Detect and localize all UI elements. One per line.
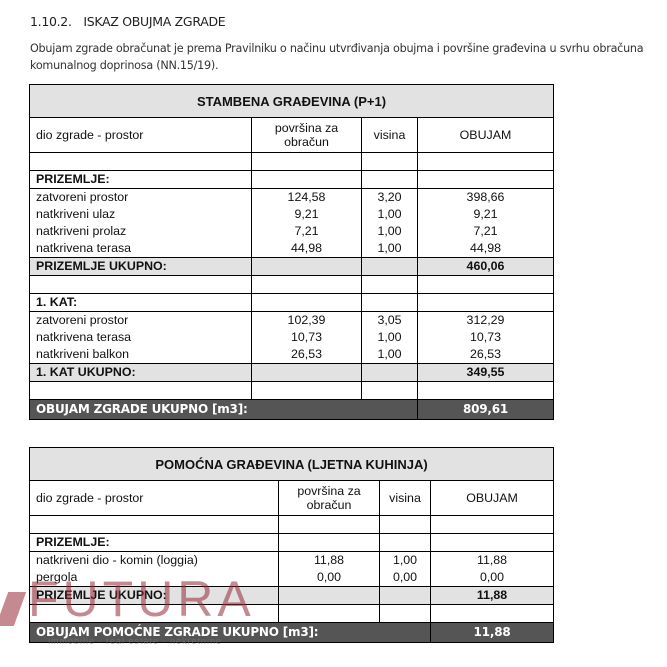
table-title-row: POMOĆNA GRAĐEVINA (LJETNA KUHINJA)	[30, 448, 554, 481]
column-header-part: dio zgrade - prostor	[30, 118, 252, 153]
table-title: STAMBENA GRAĐEVINA (P+1)	[30, 85, 554, 118]
column-header-height: visina	[362, 118, 418, 153]
grand-total-row: OBUJAM POMOĆNE ZGRADE UKUPNO [m3]: 11,88	[30, 623, 554, 643]
auxiliary-building-volume-table: POMOĆNA GRAĐEVINA (LJETNA KUHINJA) dio z…	[29, 447, 554, 643]
subtotal-row: PRIZEMLJE UKUPNO:460,06	[30, 258, 554, 276]
column-header-area: površina za obračun	[279, 481, 380, 516]
residential-building-volume-table: STAMBENA GRAĐEVINA (P+1) dio zgrade - pr…	[29, 84, 554, 420]
column-header-volume: OBUJAM	[431, 481, 554, 516]
table-row: natkriveni dio - komin (loggia)11,881,00…	[30, 552, 554, 570]
empty-row	[30, 153, 554, 171]
table-header-row: dio zgrade - prostor površina za obračun…	[30, 118, 554, 153]
group-label-row: PRIZEMLJE:	[30, 171, 554, 189]
empty-row	[30, 516, 554, 534]
table-row: zatvoreni prostor124,583,20398,66	[30, 189, 554, 207]
empty-row	[30, 276, 554, 294]
table-row: natkriveni balkon26,531,0026,53	[30, 346, 554, 364]
table-title: POMOĆNA GRAĐEVINA (LJETNA KUHINJA)	[30, 448, 554, 481]
empty-row	[30, 382, 554, 400]
table-header-row: dio zgrade - prostor površina za obračun…	[30, 481, 554, 516]
table-row: natkriveni ulaz9,211,009,21	[30, 206, 554, 223]
grand-total-label: OBUJAM ZGRADE UKUPNO [m3]:	[30, 400, 418, 420]
group-label-row: 1. KAT:	[30, 294, 554, 312]
subtotal-row: PRIZEMLJE UKUPNO:11,88	[30, 587, 554, 605]
logo-mark-icon	[0, 592, 26, 626]
subtotal-row: 1. KAT UKUPNO:349,55	[30, 364, 554, 382]
column-header-height: visina	[380, 481, 431, 516]
table-row: pergola0,000,000,00	[30, 569, 554, 587]
table-row: natkrivena terasa44,981,0044,98	[30, 240, 554, 258]
intro-paragraph: Obujam zgrade obračunat je prema Praviln…	[30, 40, 660, 74]
section-number: 1.10.2.	[30, 14, 72, 29]
section-heading: 1.10.2. ISKAZ OBUJMA ZGRADE	[30, 14, 225, 29]
group-label-row: PRIZEMLJE:	[30, 534, 554, 552]
table-row: zatvoreni prostor102,393,05312,29	[30, 312, 554, 330]
grand-total-value: 11,88	[431, 623, 554, 643]
section-title: ISKAZ OBUJMA ZGRADE	[83, 14, 225, 29]
column-header-part: dio zgrade - prostor	[30, 481, 279, 516]
grand-total-row: OBUJAM ZGRADE UKUPNO [m3]: 809,61	[30, 400, 554, 420]
table-title-row: STAMBENA GRAĐEVINA (P+1)	[30, 85, 554, 118]
table-row: natkrivena terasa10,731,0010,73	[30, 329, 554, 346]
column-header-area: površina za obračun	[252, 118, 362, 153]
grand-total-label: OBUJAM POMOĆNE ZGRADE UKUPNO [m3]:	[30, 623, 431, 643]
empty-row	[30, 605, 554, 623]
column-header-volume: OBUJAM	[418, 118, 554, 153]
table-row: natkriveni prolaz7,211,007,21	[30, 223, 554, 240]
grand-total-value: 809,61	[418, 400, 554, 420]
